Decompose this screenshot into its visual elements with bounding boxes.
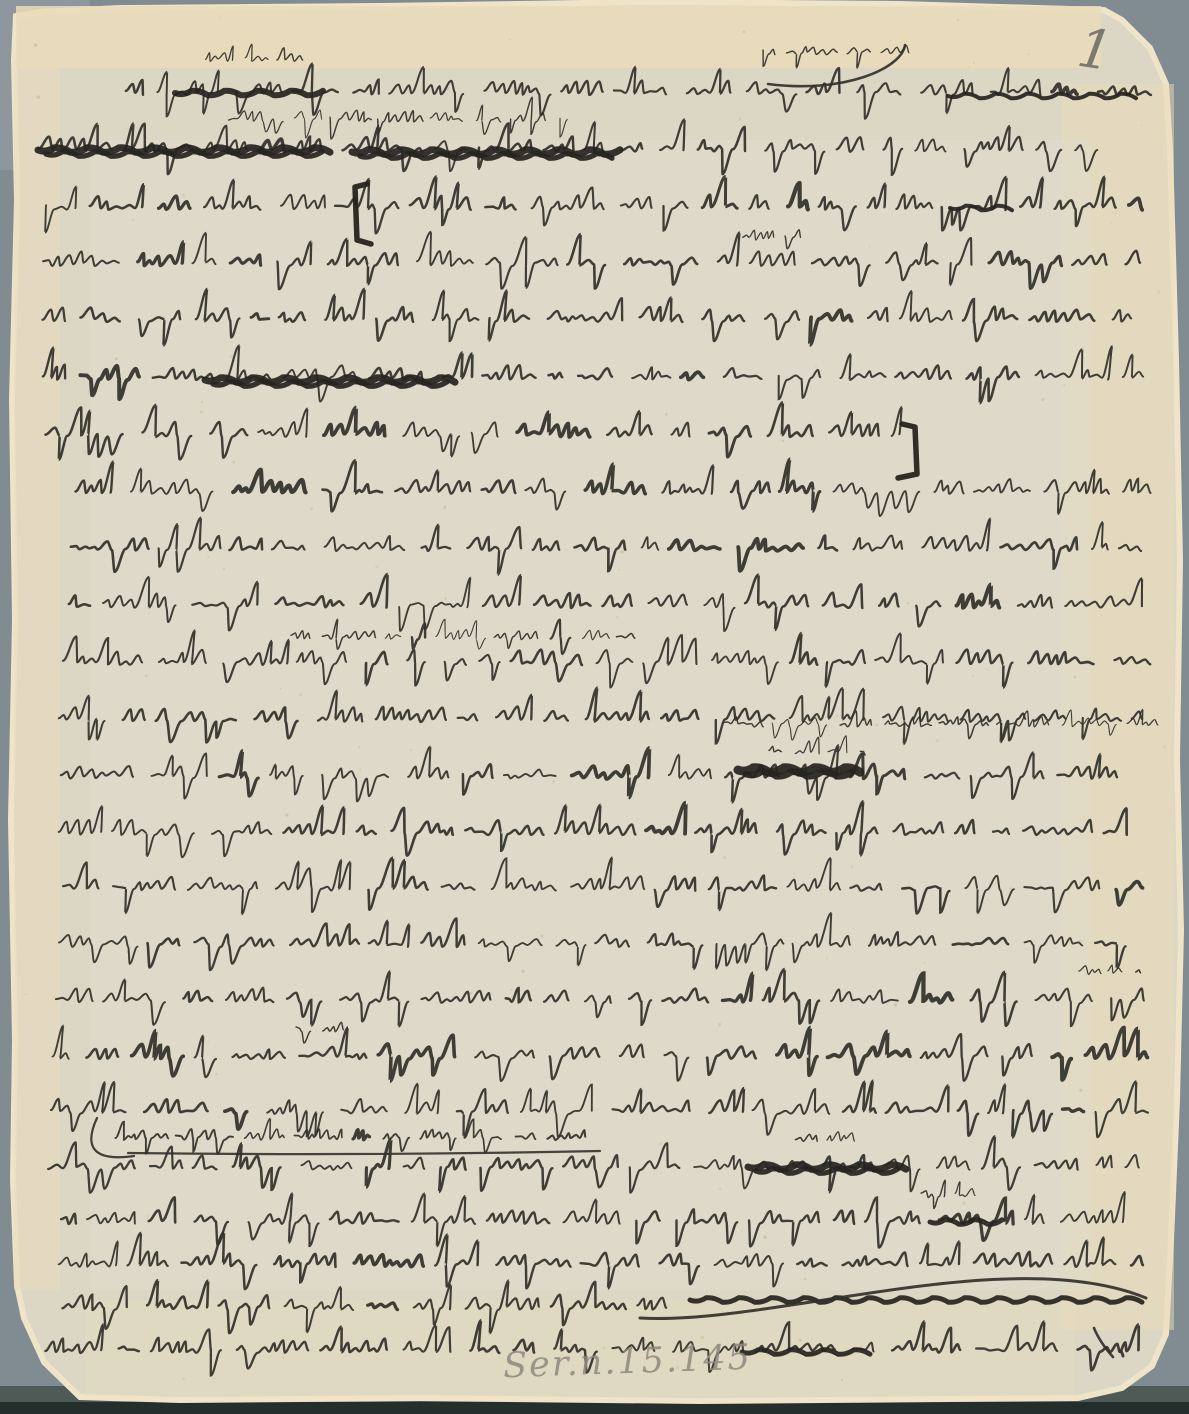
- paper-speckle: [201, 401, 203, 403]
- paper-speckle: [132, 219, 134, 221]
- paper-speckle: [1060, 1344, 1063, 1347]
- paper-speckle: [659, 1143, 661, 1145]
- paper-speckle: [616, 616, 618, 618]
- paper-speckle: [869, 245, 871, 247]
- paper-speckle: [701, 1336, 705, 1340]
- paper-speckle: [444, 597, 446, 599]
- paper-speckle: [215, 1046, 217, 1048]
- paper-speckle: [1141, 125, 1143, 127]
- paper-speckle: [232, 460, 235, 463]
- paper-speckle: [34, 43, 37, 46]
- paper-speckle: [957, 19, 960, 22]
- paper-speckle: [219, 16, 221, 18]
- paper-speckle: [1028, 54, 1029, 55]
- paper-speckle: [804, 1278, 807, 1281]
- paper-speckle: [793, 873, 795, 875]
- paper-speckle: [280, 688, 282, 690]
- paper-speckle: [743, 30, 746, 33]
- paper-speckle: [799, 1339, 802, 1342]
- paper-speckle: [207, 556, 209, 558]
- paper-speckle: [310, 508, 312, 510]
- paper-speckle: [1157, 290, 1160, 293]
- paper-speckle: [241, 880, 243, 882]
- paper-speckle: [443, 505, 446, 508]
- paper-speckle: [973, 62, 975, 64]
- paper-speckle: [223, 568, 226, 571]
- paper-speckle: [375, 565, 378, 568]
- paper-speckle: [782, 440, 785, 443]
- paper-speckle: [145, 1215, 149, 1219]
- paper-speckle: [282, 1357, 284, 1359]
- paper-speckle: [894, 1003, 897, 1006]
- paper-speckle: [386, 368, 388, 370]
- paper-speckle: [469, 992, 472, 995]
- paper-tint-top: [16, 6, 1101, 68]
- paper-speckle: [875, 724, 878, 727]
- paper-speckle: [359, 768, 362, 771]
- paper-speckle: [1079, 1089, 1082, 1092]
- paper-speckle: [392, 141, 394, 143]
- strikethrough-mark: [352, 150, 620, 155]
- paper-speckle: [358, 746, 360, 748]
- manuscript-scan: 1 Ser.n.15.145: [0, 0, 1189, 1414]
- paper-speckle: [739, 118, 741, 120]
- paper-speckle: [836, 714, 839, 717]
- paper-speckle: [894, 308, 895, 309]
- paper-speckle: [924, 962, 926, 964]
- paper-tint-left: [14, 60, 60, 1290]
- paper-speckle: [676, 1366, 679, 1369]
- paper-speckle: [1041, 398, 1044, 401]
- paper-speckle: [936, 739, 939, 742]
- paper-speckle: [299, 693, 302, 696]
- paper-speckle: [968, 66, 970, 68]
- paper-speckle: [182, 1378, 185, 1381]
- paper-speckle: [145, 675, 147, 677]
- paper-speckle: [841, 1379, 843, 1381]
- paper-speckle: [718, 1023, 722, 1027]
- paper-speckle: [962, 1201, 965, 1204]
- paper-speckle: [182, 194, 185, 197]
- paper-speckle: [1063, 384, 1066, 387]
- paper-speckle: [521, 970, 524, 973]
- paper-speckle: [826, 957, 828, 959]
- paper-speckle: [907, 602, 909, 604]
- paper-speckle: [143, 884, 145, 886]
- paper-speckle: [1163, 745, 1166, 748]
- backing-bottom-shadow: [0, 1402, 1189, 1414]
- paper-speckle: [655, 1015, 657, 1017]
- paper-speckle: [618, 568, 620, 570]
- paper-speckle: [540, 934, 543, 937]
- paper-speckle: [215, 1073, 217, 1075]
- paper-speckle: [1111, 222, 1113, 224]
- paper-speckle: [665, 413, 668, 416]
- paper-speckle: [851, 865, 854, 868]
- paper-speckle: [200, 411, 203, 414]
- paper-speckle: [719, 1188, 721, 1190]
- paper-speckle: [973, 675, 975, 677]
- paper-tint-center: [90, 140, 1090, 1290]
- paper-speckle: [603, 1346, 606, 1349]
- paper-speckle: [285, 813, 288, 816]
- paper-speckle: [510, 989, 512, 991]
- paper-speckle: [410, 749, 412, 751]
- manuscript-artwork: [0, 0, 1189, 1414]
- paper-speckle: [621, 550, 624, 553]
- paper-speckle: [723, 856, 726, 859]
- paper-speckle: [115, 357, 118, 360]
- paper-speckle: [229, 355, 231, 357]
- paper-speckle: [509, 39, 511, 41]
- paper-speckle: [814, 365, 817, 368]
- paper-speckle: [552, 780, 555, 783]
- paper-speckle: [763, 1235, 767, 1239]
- paper-speckle: [25, 994, 26, 995]
- paper-speckle: [37, 95, 41, 99]
- paper-speckle: [1074, 676, 1077, 679]
